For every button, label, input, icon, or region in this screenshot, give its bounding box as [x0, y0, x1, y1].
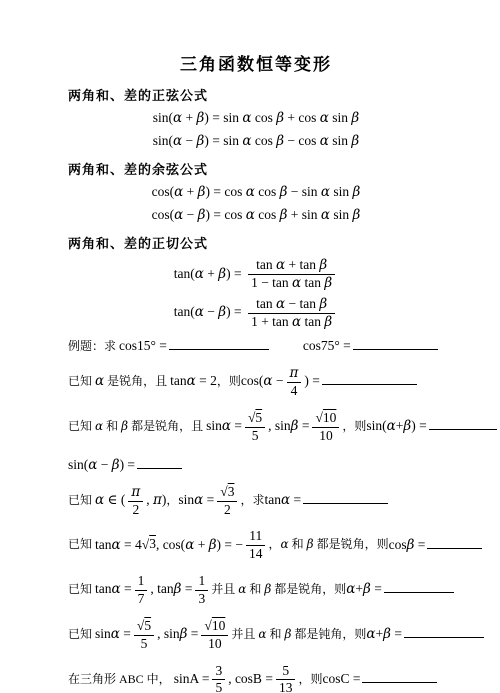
answer-blank: [427, 536, 482, 549]
fraction: tan α + tan β1 − tan α tan β: [248, 258, 335, 291]
fraction: tan α − tan β1 + tan α tan β: [248, 297, 335, 330]
fraction-denominator: 3: [195, 591, 208, 607]
math-expression: sinα =: [206, 418, 242, 433]
problem-text: 在三角形 ABC 中，: [68, 672, 171, 686]
fraction-denominator: 14: [246, 546, 266, 562]
problem-line: 已知 α 是锐角，且 tanα = 2，则cos(α −π4) =: [68, 366, 444, 399]
math-expression: α: [95, 373, 104, 388]
problem-text: 已知 α 和 β 都是锐角，且: [68, 419, 203, 433]
formula-lhs: tan(α + β) =: [174, 266, 242, 281]
formula-sin-sum: sin(α + β) = sin α cos β + cos α sin β: [68, 107, 444, 129]
math-expression: , sinβ =: [268, 418, 309, 433]
formula-tan-diff: tan(α − β) = tan α − tan β1 + tan α tan …: [68, 297, 444, 330]
fraction-denominator: 13: [276, 680, 296, 693]
fraction: 32: [217, 485, 237, 518]
answer-blank: [429, 417, 497, 430]
fraction-numerator: 3: [212, 664, 225, 681]
problem-text: 已知: [68, 493, 92, 507]
fraction: 35: [212, 664, 225, 693]
problem-line: 已知 α ∈ (π2, π)，sinα =32，求tanα =: [68, 485, 444, 518]
math-expression: cosβ =: [389, 537, 426, 552]
formula-cos-diff: cos(α − β) = cos α cos β + sin α sin β: [68, 204, 444, 226]
radicand: 3: [149, 537, 156, 552]
fraction-numerator: 1: [195, 574, 208, 591]
math-expression: tanα =: [95, 581, 132, 596]
problem-example: 例题：求 cos15° =cos75° =: [68, 337, 444, 354]
math-expression: cos15° =: [119, 338, 167, 353]
math-expression: α+β =: [346, 581, 382, 596]
problem-line: 在三角形 ABC 中， sinA =35, cosB =513，则cosC =: [68, 664, 444, 693]
section-heading-cosine: 两角和、差的余弦公式: [68, 159, 444, 178]
answer-blank: [169, 337, 269, 350]
formula-tan-sum: tan(α + β) = tan α + tan β1 − tan α tan …: [68, 258, 444, 291]
answer-blank: [362, 670, 437, 683]
math-expression: tanα = 4: [95, 537, 142, 552]
math-expression: cosC =: [322, 671, 360, 686]
fraction-denominator: 1 + tan α tan β: [248, 314, 335, 330]
fraction-numerator: 5: [144, 618, 151, 633]
problem-text: ，则: [298, 672, 322, 686]
problem-line: 已知 tanα =17, tanβ =13并且 α 和 β 都是锐角，则α+β …: [68, 574, 444, 607]
fraction: 55: [134, 619, 154, 652]
section-heading-sine: 两角和、差的正弦公式: [68, 85, 444, 104]
math-expression: sinα =: [95, 626, 131, 641]
math-expression: , tanβ =: [150, 581, 192, 596]
problem-text: 并且 α 和 β 都是锐角，则: [211, 582, 346, 596]
answer-blank: [404, 625, 484, 638]
fraction: 1114: [246, 529, 266, 562]
sqrt-radical: 10: [201, 619, 228, 636]
fraction-numerator: 10: [212, 618, 226, 633]
fraction-denominator: 5: [245, 428, 265, 444]
fraction-denominator: 2: [217, 502, 237, 518]
problem-text: 已知: [68, 374, 92, 388]
fraction-numerator: 11: [246, 529, 266, 546]
fraction-denominator: 1 − tan α tan β: [248, 275, 335, 291]
sqrt-radical: 10: [312, 411, 339, 428]
fraction: π4: [287, 366, 302, 399]
fraction-denominator: 10: [201, 636, 228, 652]
math-expression: , π): [146, 492, 166, 507]
formula-cos-sum: cos(α + β) = cos α cos β − sin α sin β: [68, 181, 444, 203]
fraction: 17: [135, 574, 148, 607]
fraction-numerator: 5: [255, 410, 262, 425]
problem-text: 已知: [68, 538, 92, 552]
fraction: 55: [245, 411, 265, 444]
fraction-numerator: 5: [276, 664, 296, 681]
worksheet-page: 三角函数恒等变形 两角和、差的正弦公式 sin(α + β) = sin α c…: [0, 0, 500, 693]
fraction-denominator: 7: [135, 591, 148, 607]
answer-blank: [137, 456, 182, 469]
page-title: 三角函数恒等变形: [68, 50, 444, 75]
math-expression: , cosB =: [228, 671, 273, 686]
fraction-numerator: π: [128, 485, 143, 502]
formula-sin-diff: sin(α − β) = sin α cos β − cos α sin β: [68, 130, 444, 152]
fraction-denominator: 2: [128, 502, 143, 518]
fraction-numerator: 3: [228, 484, 235, 499]
math-expression: tanα = 2: [170, 373, 217, 388]
problem-text: 并且 α 和 β 都是钝角，则: [231, 627, 366, 641]
problem-line: 已知 tanα = 43, cos(α + β) = −1114，α 和 β 都…: [68, 529, 444, 562]
math-expression: sinA =: [174, 671, 210, 686]
math-expression: tanα =: [264, 492, 301, 507]
math-expression: α+β =: [366, 626, 402, 641]
math-expression: sinα =: [178, 492, 214, 507]
answer-blank: [353, 337, 438, 350]
problem-text: 是锐角，且: [107, 374, 167, 388]
problem-line: 已知 α 和 β 都是锐角，且 sinα =55, sinβ =1010，则si…: [68, 411, 444, 444]
answer-blank: [303, 491, 388, 504]
formula-lhs: tan(α − β) =: [174, 304, 242, 319]
fraction: π2: [128, 485, 143, 518]
fraction: 513: [276, 664, 296, 693]
math-expression: sin(α+β) =: [366, 418, 426, 433]
problem-text: 已知: [68, 582, 92, 596]
answer-blank: [322, 372, 417, 385]
sqrt-radical: 5: [134, 619, 154, 636]
sqrt-radical: 3: [217, 485, 237, 502]
fraction-numerator: tan α − tan β: [248, 297, 335, 314]
fraction-denominator: 5: [212, 680, 225, 693]
fraction-numerator: π: [287, 366, 302, 383]
answer-blank: [384, 580, 454, 593]
fraction-numerator: tan α + tan β: [248, 258, 335, 275]
fraction: 13: [195, 574, 208, 607]
math-expression: , cos(α + β) = −: [156, 537, 243, 552]
math-expression: cos75° =: [303, 338, 351, 353]
section-heading-tangent: 两角和、差的正切公式: [68, 233, 444, 252]
fraction: 1010: [312, 411, 339, 444]
sqrt-radical: 3: [142, 537, 156, 552]
fraction: 1010: [201, 619, 228, 652]
fraction-denominator: 5: [134, 636, 154, 652]
problem-text: ，: [166, 493, 178, 507]
math-expression: , sinβ =: [157, 626, 198, 641]
sqrt-radical: 5: [245, 411, 265, 428]
problem-text: ，求: [240, 493, 264, 507]
fraction-numerator: 1: [135, 574, 148, 591]
problem-line-continuation: sin(α − β) =: [68, 456, 444, 473]
math-expression: sin(α − β) =: [68, 457, 135, 472]
math-expression: ) =: [304, 373, 319, 388]
problem-text: 已知: [68, 627, 92, 641]
problem-text: ，则: [342, 419, 366, 433]
problem-line: 已知 sinα =55, sinβ =1010并且 α 和 β 都是钝角，则α+…: [68, 619, 444, 652]
fraction-denominator: 4: [287, 383, 302, 399]
problem-text: ，α 和 β 都是锐角，则: [268, 538, 388, 552]
math-expression: cos(α −: [241, 373, 284, 388]
math-expression: α ∈ (: [95, 492, 125, 507]
fraction-numerator: 10: [323, 410, 337, 425]
fraction-denominator: 10: [312, 428, 339, 444]
problem-text: 例题：求: [68, 339, 116, 353]
problem-text: ，则: [217, 374, 241, 388]
